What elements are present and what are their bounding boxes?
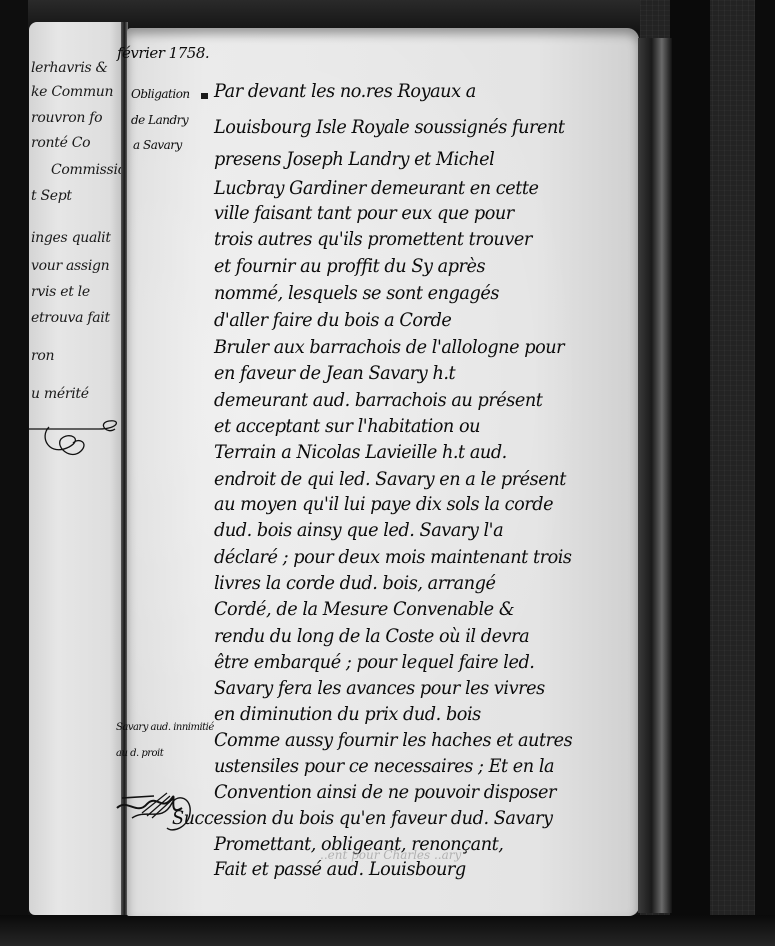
- body-line: demeurant aud. barrachois au présent: [214, 389, 542, 411]
- margin-note: Obligation: [131, 87, 190, 101]
- body-line: Comme aussy fournir les haches et autres: [214, 729, 572, 751]
- left-page-fragment: lerhavris &: [31, 60, 108, 76]
- left-page-fragment: inges qualit: [31, 230, 111, 246]
- body-line: déclaré ; pour deux mois maintenant troi…: [214, 546, 572, 568]
- body-line: et fournir au proffit du Sy après: [214, 255, 485, 277]
- body-line: ville faisant tant pour eux que pour: [214, 202, 514, 224]
- page-right-edge: [638, 38, 672, 913]
- left-page-fragment: vour assign: [31, 258, 109, 274]
- manuscript-scan: lerhavris & ke Commun rouvron fo ronté C…: [0, 0, 775, 946]
- scanner-edge-strip: [755, 0, 775, 946]
- left-page-fragment: ron: [31, 348, 54, 364]
- body-line: nommé, lesquels se sont engagés: [214, 282, 499, 304]
- body-line: endroit de qui led. Savary en a le prése…: [214, 468, 566, 490]
- body-line: Convention ainsi de ne pouvoir disposer: [214, 781, 556, 803]
- left-page-edge: lerhavris & ke Commun rouvron fo ronté C…: [29, 22, 124, 915]
- body-line: Succession du bois qu'en faveur dud. Sav…: [172, 807, 553, 829]
- signature-paraph-icon: [112, 768, 202, 838]
- body-line: Par devant les no.res Royaux a: [214, 80, 476, 102]
- date-heading: février 1758.: [117, 44, 209, 62]
- margin-note: au d. proit: [116, 748, 163, 759]
- body-line: rendu du long de la Coste où il devra: [214, 625, 529, 647]
- body-line: Savary fera les avances pour les vivres: [214, 677, 545, 699]
- body-line: être embarqué ; pour lequel faire led.: [214, 651, 534, 673]
- left-page-fragment: rvis et le: [31, 284, 90, 300]
- body-line: en diminution du prix dud. bois: [214, 703, 481, 725]
- body-line: ustensiles pour ce necessaires ; Et en l…: [214, 755, 554, 777]
- scanner-background-left: [0, 0, 28, 946]
- body-line: en faveur de Jean Savary h.t: [214, 362, 455, 384]
- body-line: Louisbourg Isle Royale soussignés furent: [214, 116, 565, 138]
- margin-note: a Savary: [133, 138, 182, 152]
- body-line: trois autres qu'ils promettent trouver: [214, 228, 532, 250]
- body-line: d'aller faire du bois a Corde: [214, 309, 451, 331]
- body-line: Cordé, de la Mesure Convenable &: [214, 598, 514, 620]
- margin-note: de Landry: [131, 113, 188, 127]
- body-line: livres la corde dud. bois, arrangé: [214, 572, 495, 594]
- left-page-fragment: ronté Co: [31, 135, 90, 151]
- body-line: dud. bois ainsy que led. Savary l'a: [214, 519, 503, 541]
- paraph-flourish-icon: [29, 417, 124, 472]
- scanner-background-bottom: [0, 915, 775, 946]
- margin-note: Savary aud. innimitié: [116, 722, 214, 733]
- body-line: presens Joseph Landry et Michel: [214, 148, 494, 170]
- body-line: au moyen qu'il lui paye dix sols la cord…: [214, 493, 553, 515]
- book-cover-shadow: [670, 0, 710, 946]
- bleed-through-text: ..ent pour Charles ..ary: [320, 848, 461, 862]
- left-page-fragment: rouvron fo: [31, 110, 102, 126]
- body-line: Lucbray Gardiner demeurant en cette: [214, 177, 538, 199]
- left-page-fragment: Commissionn: [51, 162, 124, 178]
- left-page-fragment: t Sept: [31, 188, 72, 204]
- body-line: et acceptant sur l'habitation ou: [214, 415, 480, 437]
- left-page-fragment: etrouva fait: [31, 310, 110, 326]
- left-page-fragment: ke Commun: [31, 84, 113, 100]
- left-page-fragment: u mérité: [31, 386, 89, 402]
- body-line: Terrain a Nicolas Lavieille h.t aud.: [214, 441, 507, 463]
- ink-blot: [201, 93, 208, 99]
- body-line: Bruler aux barrachois de l'allologne pou…: [214, 336, 564, 358]
